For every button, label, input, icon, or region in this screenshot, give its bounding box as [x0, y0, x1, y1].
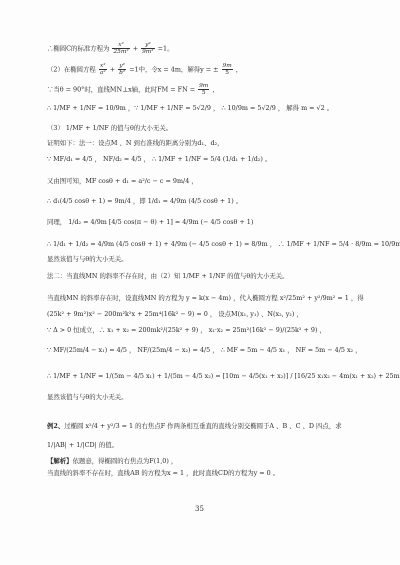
text: 依题意，得椭圆的右焦点为F(1,0) ，	[73, 457, 178, 465]
solve-m-line: ∴ 1/MF + 1/NF = 10/9m ，∵ 1/MF + 1/NF = 5…	[47, 104, 333, 112]
part-2-line: （2）在椭圆方程 x²a² + y²b² =1中，令x = 4m，解得y = ±…	[47, 63, 242, 76]
analysis-line: 【解析】依题意，得椭圆的右焦点为F(1,0) ，	[47, 457, 177, 465]
proof-method-2-line: 法二：当直线MN 的斜率不存在时，由（2）知 1/MF + 1/NF 的值与θ的…	[47, 272, 289, 280]
text: ，	[212, 86, 218, 94]
eccentricity-ratio-line: ∵ MF/d₁ = 4/5 ， NF/d₂ = 4/5 ， ∴ 1/MF + 1…	[47, 155, 271, 163]
text: ∵当θ = 90°时，直线MN⊥x轴，此时FM = FN =	[47, 86, 195, 94]
denominator: a²	[99, 70, 107, 76]
text: （2）在椭圆方程	[47, 66, 96, 74]
numerator: y²	[118, 63, 126, 70]
text: =1中，令x = 4m，解得y = ±	[129, 66, 218, 74]
numerator: 9m	[198, 83, 209, 90]
operator: +	[133, 45, 138, 53]
final-computation-line: ∴ 1/MF + 1/NF = 1/(5m − 4/5 x₁) + 1/(5m …	[47, 372, 400, 380]
denominator: 9m²	[141, 49, 155, 55]
d1-expression-line: ∴ d₁(4/5 cosθ + 1) = 9m/4 ，即 1/d₁ = 4/9m…	[47, 197, 242, 205]
vieta-line: ∵ Δ > 0 恒成立，∴ x₁ + x₂ = 200mk²/(25k² + 9…	[47, 326, 326, 334]
sum-reciprocal-line: ∴ 1/d₁ + 1/d₂ = 4/9m (4/5 cosθ + 1) + 4/…	[47, 240, 400, 248]
fraction: x²a²	[99, 63, 107, 76]
vertical-slope-case-line: 当直线的斜率不存在时，直线AB 的方程为x = 1 ，此时直线CD的方程为y =…	[47, 469, 279, 477]
operator: +	[110, 66, 115, 74]
denominator: 5	[222, 70, 233, 76]
conclusion-line-1: 显然该值与与θ的大小无关。	[47, 255, 128, 263]
denominator: 5	[198, 90, 209, 96]
example-2-line: 例2、过椭圆 x²/4 + y²/3 = 1 的右焦点F 作两条相互垂直的直线分…	[47, 422, 342, 430]
fraction: 9m5	[222, 63, 233, 76]
text: ∴椭圆C的标准方程为	[47, 45, 109, 53]
d2-expression-line: 同理， 1/d₂ = 4/9m [4/5 cos(π − θ) + 1] = 4…	[47, 218, 253, 226]
fraction: y²b²	[118, 63, 126, 76]
page-number: 35	[195, 505, 204, 513]
text: ，	[236, 66, 242, 74]
fraction: y²9m²	[141, 42, 155, 55]
text: 过椭圆 x²/4 + y²/3 = 1 的右焦点F 作两条相互垂直的直线分别交椭…	[64, 422, 341, 430]
proof-method-1-line: 证明如下：法一：设点M 、N 到右准线的距离分别为d₁、d₂，	[47, 139, 224, 147]
numerator: 9m	[222, 63, 233, 70]
directrix-distance-line: 又由图可知，MF cosθ + d₁ = a²/c − c = 9m/4 ，	[47, 177, 198, 185]
part-3-line: （3） 1/MF + 1/NF 的值与θ的大小无关。	[47, 124, 172, 132]
fraction: x²25m²	[112, 42, 129, 55]
line-equation-line: 当直线MN 的斜率存在时，设直线MN 的方程为 y = k(x − 4m) ，代…	[47, 294, 364, 302]
denominator: 25m²	[112, 49, 129, 55]
ellipse-standard-equation-line: ∴椭圆C的标准方程为 x²25m² + y²9m² =1。	[47, 42, 173, 55]
fraction: 9m5	[198, 83, 209, 96]
text: =1。	[158, 45, 174, 53]
example-2-question-line: 1/|AB| + 1/|CD| 的值。	[47, 441, 118, 449]
denominator: b²	[118, 70, 126, 76]
theta-90-line: ∵当θ = 90°时，直线MN⊥x轴，此时FM = FN = 9m5 ，	[47, 83, 219, 96]
quadratic-equation-line: (25k² + 9m²)x² − 200m²k²x + 25m⁴(16k² − …	[47, 310, 303, 318]
analysis-label: 【解析】	[47, 457, 73, 465]
numerator: y²	[141, 42, 155, 49]
numerator: x²	[99, 63, 107, 70]
example-label: 例2、	[47, 422, 64, 430]
conclusion-line-2: 显然该值与与θ的大小无关。	[47, 393, 128, 401]
numerator: x²	[112, 42, 129, 49]
document-page: ∴椭圆C的标准方程为 x²25m² + y²9m² =1。 （2）在椭圆方程 x…	[0, 0, 400, 565]
focal-radius-line: ∵ MF/(25m/4 − x₁) = 4/5 ， NF/(25m/4 − x₂…	[47, 346, 362, 354]
